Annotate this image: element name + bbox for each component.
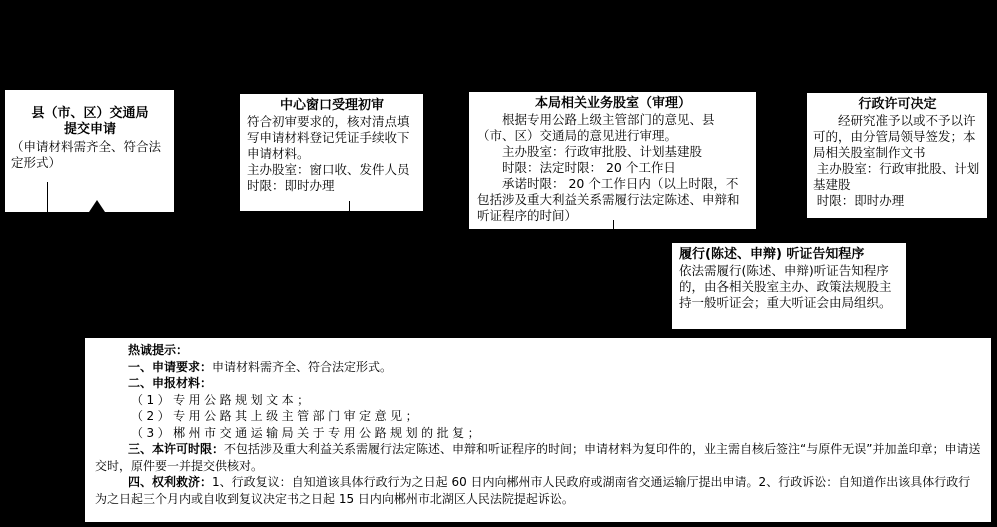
step-body: 经研究准予以或不予以许可的，由分管局领导签发；本局相关股室制作文书 xyxy=(813,113,982,161)
notice-item-1-text: 申请材料需齐全、符合法定形式。 xyxy=(212,360,392,374)
flowchart: 县（市、区）交通局 提交申请 （申请材料需齐全、符合法定形式） 中心窗口受理初审… xyxy=(0,0,997,527)
notice-item-4-text: 1、行政复议：自知道该具体行政行为之日起 60 日内向郴州市人民政府或湖南省交通… xyxy=(95,475,970,506)
step-title: 本局相关业务股室（审理） xyxy=(477,96,749,112)
connector-line xyxy=(47,182,48,212)
notice-item-3-label: 三、本许可时限： xyxy=(128,442,224,456)
notice-item-3-text: 不包括涉及重大利益关系需履行法定陈述、申辩和听证程序的时间；申请材料为复印件的，… xyxy=(95,442,980,473)
flow-step-license-decision: 行政许可决定 经研究准予以或不予以许可的，由分管局领导签发；本局相关股室制作文书… xyxy=(805,91,989,220)
step-title: 履行(陈述、申辩) 听证告知程序 xyxy=(679,247,900,263)
step-dept: 主办股室：行政审批股、计划基建股 xyxy=(477,144,749,160)
connector-line xyxy=(613,220,614,229)
notice-item-2-label: 二、申报材料： xyxy=(95,375,981,392)
notice-item-4: 四、权利救济：1、行政复议：自知道该具体行政行为之日起 60 日内向郴州市人民政… xyxy=(95,474,981,507)
notice-item-1-label: 一、申请要求： xyxy=(128,360,212,374)
step-promise-time: 承诺时限： 20 个工作日内（以上时限，不包括涉及重大利益关系需履行法定陈述、申… xyxy=(477,176,749,224)
step-dept: 主办股室：行政审批股、计划基建股 xyxy=(813,161,982,193)
notice-box: 热诚提示： 一、申请要求：申请材料需齐全、符合法定形式。 二、申报材料： （1）… xyxy=(83,336,993,524)
step-note: （申请材料需齐全、符合法定形式） xyxy=(11,139,169,171)
step-time-limit: 时限：即时办理 xyxy=(247,178,417,194)
flow-step-bureau-review: 本局相关业务股室（审理） 根据专用公路上级主管部门的意见、县（市、区）交通局的意… xyxy=(467,90,758,231)
notice-item-3: 三、本许可时限：不包括涉及重大利益关系需履行法定陈述、申辩和听证程序的时间；申请… xyxy=(95,441,981,474)
step-title-line2: 提交申请 xyxy=(11,122,169,138)
step-title: 行政许可决定 xyxy=(813,97,982,113)
flow-step-hearing-notice: 履行(陈述、申辩) 听证告知程序 依法需履行(陈述、申辩)听证告知程序的，由各相… xyxy=(670,241,908,331)
step-body: 符合初审要求的，核对清点填写申请材料登记凭证手续收下申请材料。 xyxy=(247,114,417,162)
step-dept: 主办股室：窗口收、发件人员 xyxy=(247,162,417,178)
connector-line xyxy=(349,201,350,211)
flow-step-submit-application: 县（市、区）交通局 提交申请 （申请材料需齐全、符合法定形式） xyxy=(3,88,176,214)
notice-item-1: 一、申请要求：申请材料需齐全、符合法定形式。 xyxy=(95,359,981,376)
step-title-line1: 县（市、区）交通局 xyxy=(11,106,169,122)
flow-step-window-review: 中心窗口受理初审 符合初审要求的，核对清点填写申请材料登记凭证手续收下申请材料。… xyxy=(238,92,425,213)
step-time-limit: 时限：法定时限： 20 个工作日 xyxy=(477,160,749,176)
step-title: 县（市、区）交通局 提交申请 xyxy=(11,106,169,138)
step-body: 依法需履行(陈述、申辩)听证告知程序的，由各相关股室主办、政策法规股主持一般听证… xyxy=(679,263,900,311)
notice-material-3: （3）郴州市交通运输局关于专用公路规划的批复； xyxy=(95,425,981,442)
notice-item-4-label: 四、权利救济： xyxy=(128,475,212,489)
step-title: 中心窗口受理初审 xyxy=(247,98,417,114)
arrow-up-icon xyxy=(89,200,105,212)
notice-heading: 热诚提示： xyxy=(95,342,981,359)
step-time-limit: 时限：即时办理 xyxy=(813,193,982,209)
step-body: 根据专用公路上级主管部门的意见、县（市、区）交通局的意见进行审理。 xyxy=(477,112,749,144)
notice-material-2: （2）专用公路其上级主管部门审定意见； xyxy=(95,408,981,425)
notice-material-1: （1）专用公路规划文本； xyxy=(95,392,981,409)
